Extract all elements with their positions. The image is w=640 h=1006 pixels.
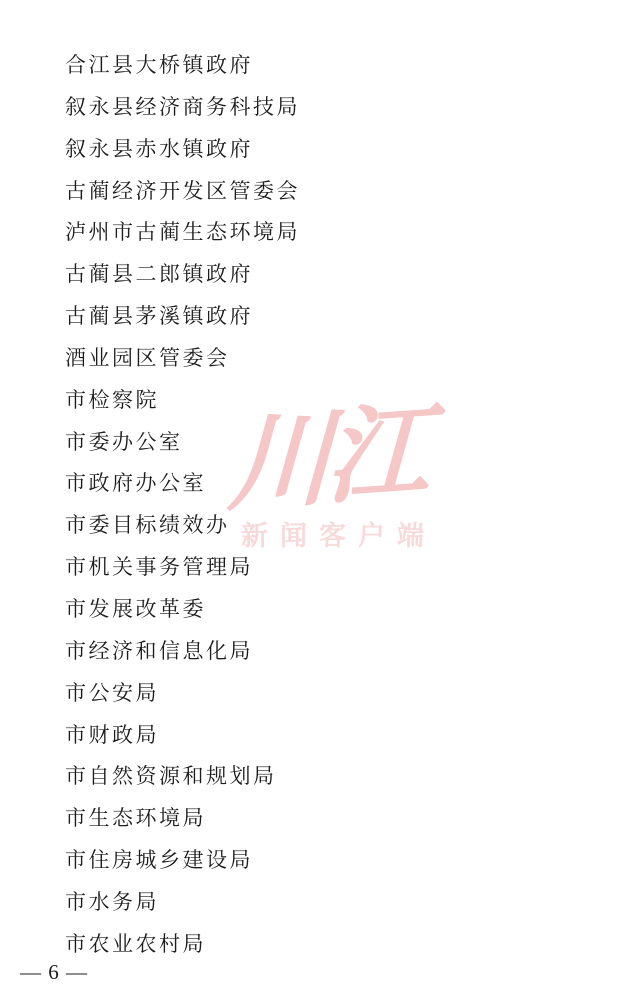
list-item: 市财政局 [65,715,300,757]
page-number: — 6 — [20,960,88,985]
list-item: 古蔺县茅溪镇政府 [65,296,300,338]
list-item: 市住房城乡建设局 [65,840,300,882]
list-item: 市委目标绩效办 [65,505,300,547]
list-item: 市公安局 [65,673,300,715]
list-item: 古蔺经济开发区管委会 [65,171,300,213]
organization-list: 合江县大桥镇政府 叙永县经济商务科技局 叙永县赤水镇政府 古蔺经济开发区管委会 … [65,45,300,966]
list-item: 市机关事务管理局 [65,547,300,589]
list-item: 酒业园区管委会 [65,338,300,380]
list-item: 市水务局 [65,882,300,924]
list-item: 市检察院 [65,380,300,422]
list-item: 合江县大桥镇政府 [65,45,300,87]
list-item: 市经济和信息化局 [65,631,300,673]
document-page: 川江 新闻客户端 合江县大桥镇政府 叙永县经济商务科技局 叙永县赤水镇政府 古蔺… [0,0,640,1006]
list-item: 叙永县赤水镇政府 [65,129,300,171]
list-item: 泸州市古蔺生态环境局 [65,212,300,254]
list-item: 市政府办公室 [65,463,300,505]
list-item: 古蔺县二郎镇政府 [65,254,300,296]
list-item: 市发展改革委 [65,589,300,631]
list-item: 叙永县经济商务科技局 [65,87,300,129]
list-item: 市生态环境局 [65,798,300,840]
list-item: 市自然资源和规划局 [65,756,300,798]
list-item: 市农业农村局 [65,924,300,966]
list-item: 市委办公室 [65,422,300,464]
